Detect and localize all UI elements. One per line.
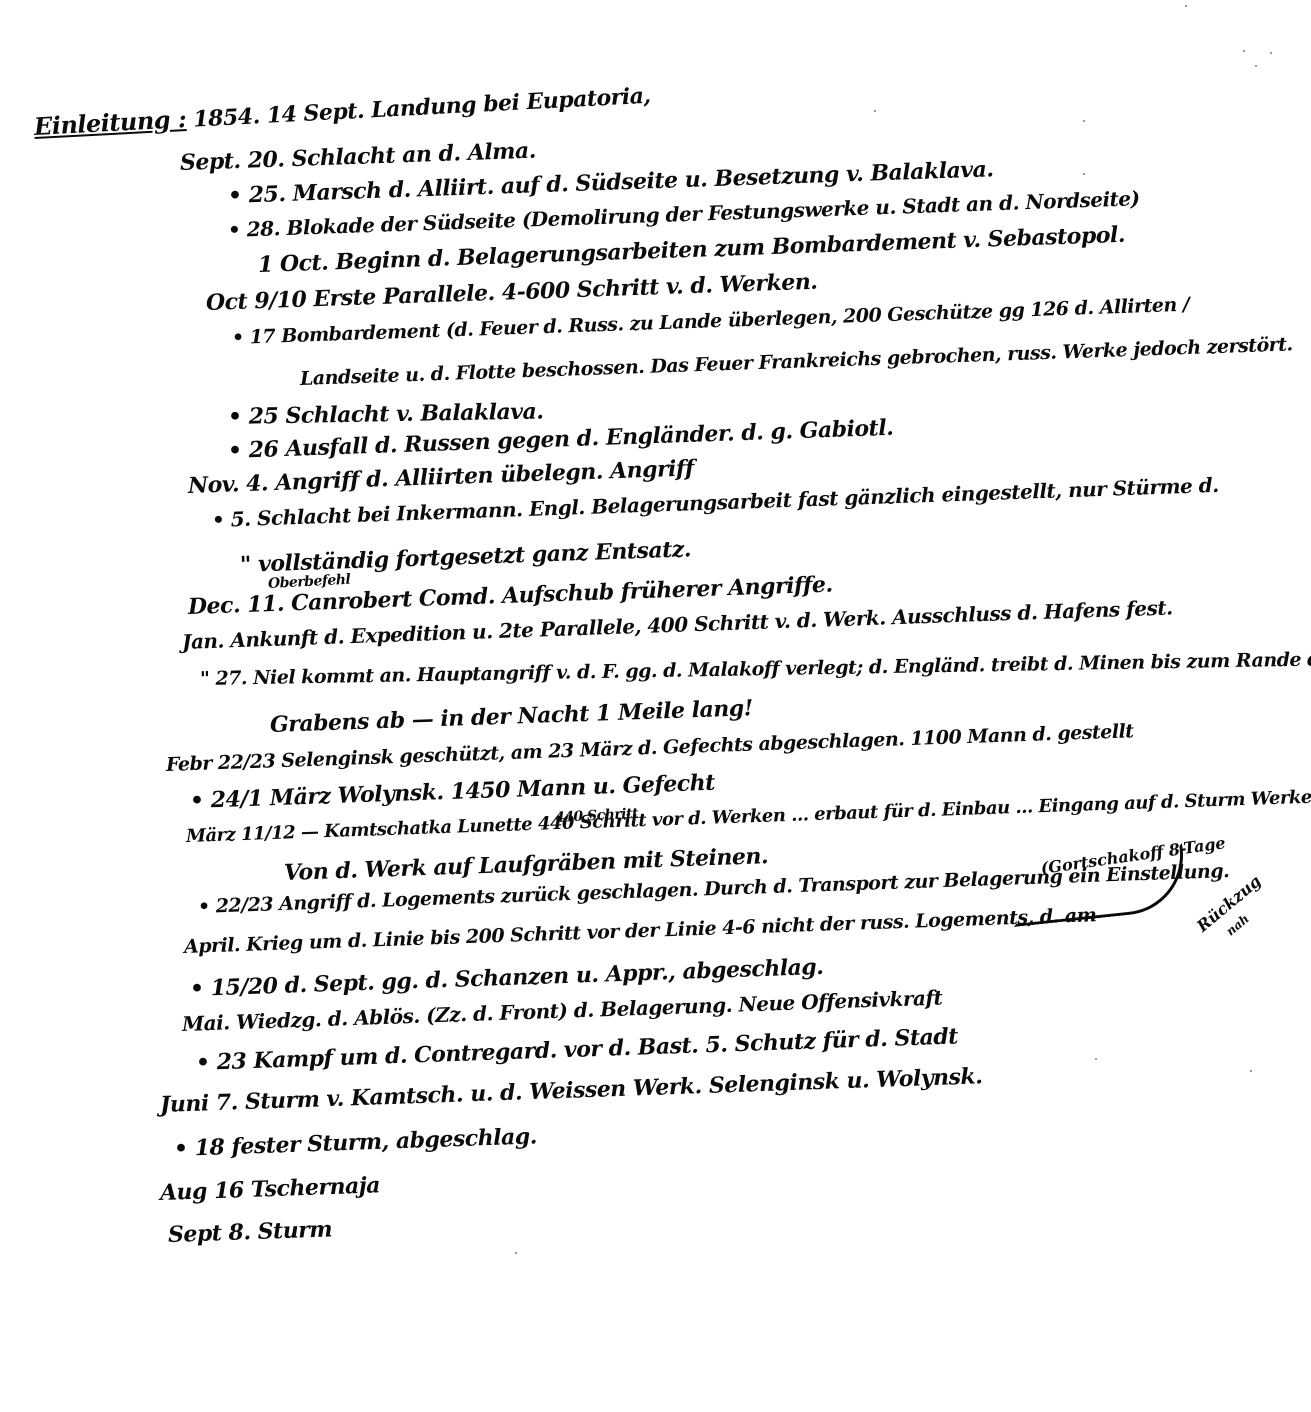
scan-speck bbox=[1255, 65, 1257, 67]
entry-line: Aug 16 Tschernaja bbox=[160, 1172, 381, 1206]
scan-speck bbox=[874, 110, 876, 112]
line-text: Landseite u. d. Flotte beschossen. Das F… bbox=[300, 333, 1293, 390]
manuscript-page: Einleitung : 1854. 14 Sept. Landung bei … bbox=[0, 0, 1311, 1412]
heading-line: Einleitung : 1854. 14 Sept. Landung bei … bbox=[33, 80, 651, 141]
heading-label: Einleitung : bbox=[33, 104, 187, 141]
entry-line: Landseite u. d. Flotte beschossen. Das F… bbox=[300, 333, 1293, 390]
line-text: " vollständig fortgesetzt ganz Entsatz. bbox=[240, 536, 692, 578]
scan-speck bbox=[1095, 1058, 1097, 1060]
line-text: " 27. Niel kommt an. Hauptangriff v. d. … bbox=[200, 648, 1311, 690]
entry-line: Sept 8. Sturm bbox=[168, 1216, 333, 1248]
scan-speck bbox=[1083, 120, 1085, 122]
entry-line: Grabens ab — in der Nacht 1 Meile lang! bbox=[270, 695, 754, 738]
entry-line: " 27. Niel kommt an. Hauptangriff v. d. … bbox=[200, 648, 1311, 690]
scan-speck bbox=[1083, 173, 1085, 175]
line-text: Aug 16 Tschernaja bbox=[160, 1172, 381, 1206]
line-text: 14 Sept. Landung bei Eupatoria, bbox=[266, 83, 651, 129]
entry-line: 18 fester Sturm, abgeschlag. bbox=[174, 1123, 538, 1162]
line-text: Sept. 20. Schlacht an d. Alma. bbox=[180, 138, 537, 176]
scan-speck bbox=[1243, 50, 1245, 52]
heading-year: 1854. bbox=[193, 103, 261, 132]
entry-line: Sept. 20. Schlacht an d. Alma. bbox=[180, 138, 537, 176]
line-text: 18 fester Sturm, abgeschlag. bbox=[194, 1123, 537, 1161]
line-text: Sept 8. Sturm bbox=[168, 1216, 333, 1248]
line-text: 25 Schlacht v. Balaklava. bbox=[249, 398, 544, 429]
scan-speck bbox=[1185, 5, 1187, 7]
entry-line: " vollständig fortgesetzt ganz Entsatz. bbox=[240, 536, 692, 578]
line-text: Grabens ab — in der Nacht 1 Meile lang! bbox=[270, 695, 754, 738]
line-text: 24/1 März Wolynsk. 1450 Mann u. Gefecht bbox=[210, 770, 715, 814]
scan-speck bbox=[1250, 1070, 1252, 1072]
scan-speck bbox=[515, 1252, 517, 1254]
entry-line: 25 Schlacht v. Balaklava. bbox=[228, 398, 544, 430]
scan-speck bbox=[1270, 52, 1272, 54]
